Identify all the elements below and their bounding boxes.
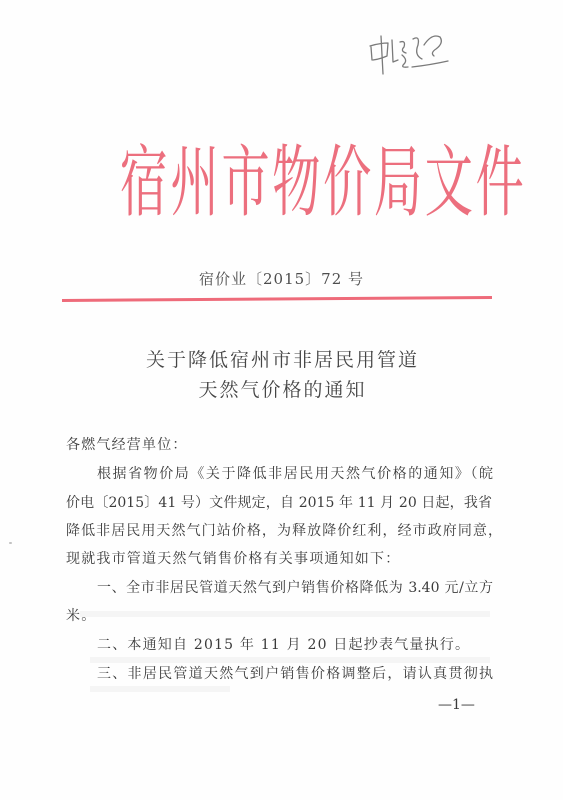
body-line: 降低非居民用天然气门站价格，为释放降价红利，经市政府同意， <box>66 521 502 541</box>
red-divider-rule <box>62 296 492 302</box>
body-line: 根据省物价局《关于降低非居民用天然气价格的通知》（皖 <box>97 464 493 484</box>
document-number: 宿价业〔2015〕72 号 <box>0 269 563 289</box>
scan-speck <box>9 542 12 544</box>
scan-bleed-artifact <box>90 686 230 692</box>
body-line: 价电〔2015〕41 号）文件规定，自 2015 年 11 月 20 日起，我省 <box>66 493 492 513</box>
body-line: 二、本通知自 2015 年 11 月 20 日起抄表气量执行。 <box>97 635 470 655</box>
body-line: 一、全市非居民管道天然气到户销售价格降低为 3.40 元/立方 <box>97 578 493 598</box>
scan-bleed-artifact <box>80 611 490 617</box>
scan-bleed-artifact <box>90 657 490 663</box>
body-line: 现就我市管道天然气销售价格有关事项通知如下： <box>66 549 400 569</box>
header-title-container: 宿州市物价局文件 <box>0 143 558 223</box>
handwritten-signature-icon <box>360 25 455 80</box>
issuer-header-title: 宿州市物价局文件 <box>120 143 527 223</box>
notice-title-line-2: 天然气价格的通知 <box>0 377 563 403</box>
notice-title-line-1: 关于降低宿州市非居民用管道 <box>0 347 563 373</box>
salutation: 各燃气经营单位： <box>66 435 188 455</box>
page-number: —1— <box>438 695 475 715</box>
body-line: 三、非居民管道天然气到户销售价格调整后，请认真贯彻执 <box>97 664 493 684</box>
scanned-document-page: 宿州市物价局文件 宿价业〔2015〕72 号 关于降低宿州市非居民用管道 天然气… <box>0 0 563 800</box>
